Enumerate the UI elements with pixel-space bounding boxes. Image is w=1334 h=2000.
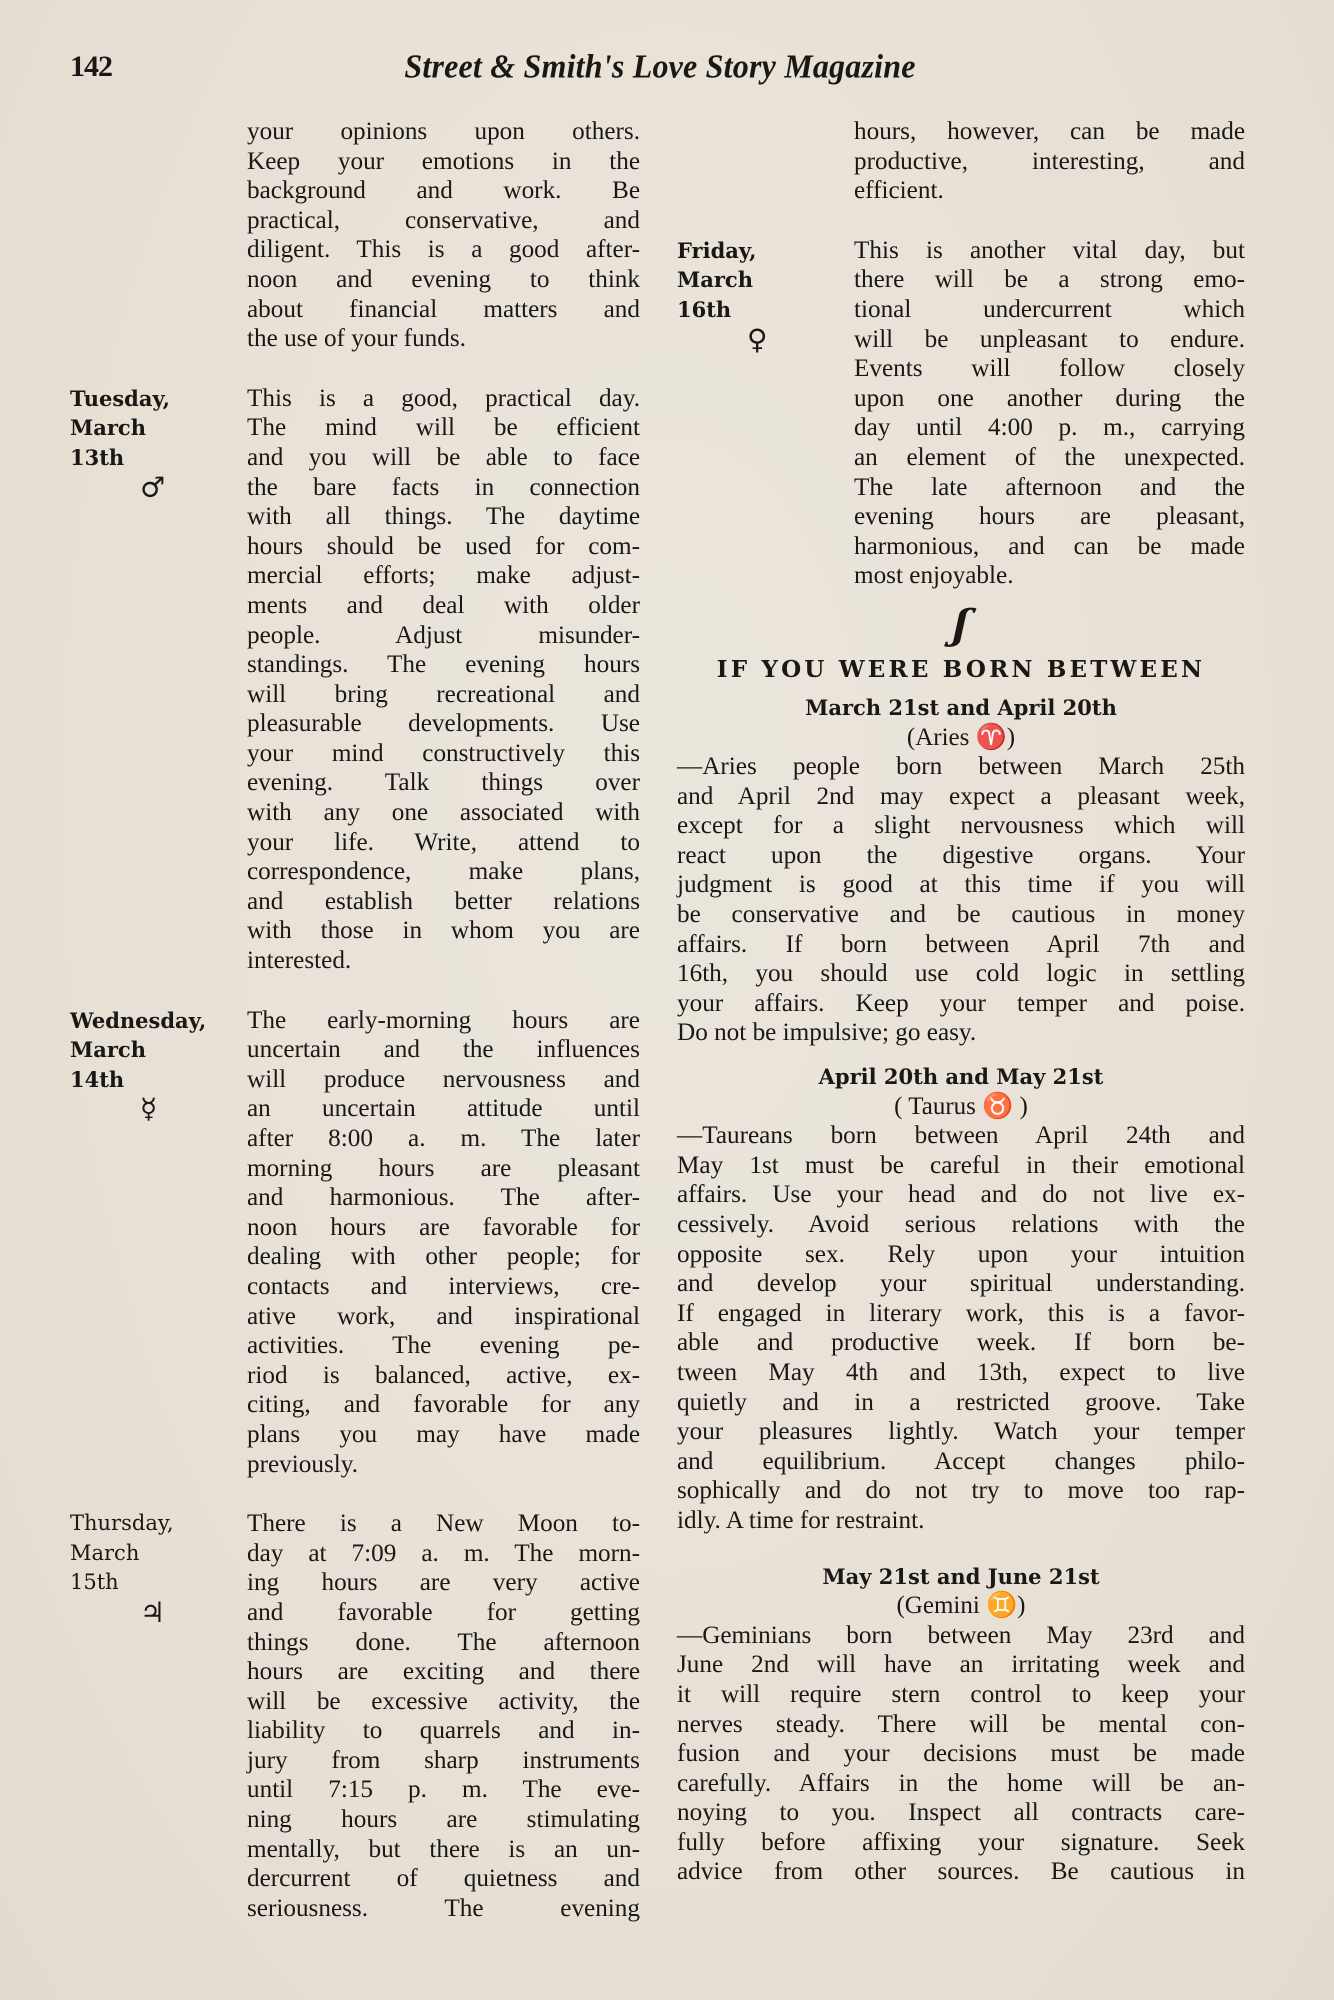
date-label: Friday, March 16th ♀ bbox=[677, 236, 854, 591]
sign-forecast-text: —Taureans born between April 24th and Ma… bbox=[677, 1121, 1245, 1535]
continuation-text: hours, however, can be made productive, … bbox=[854, 117, 1245, 206]
date-label: Thursday, March 15th ♃ bbox=[70, 1509, 247, 1923]
sign-block-gemini: May 21st and June 21st (Gemini ♊) —Gemin… bbox=[677, 1562, 1245, 1888]
left-column: your opinions upon others. Keep your emo… bbox=[70, 117, 640, 1923]
forecast-text: This is a good, practical day. The mind … bbox=[247, 384, 640, 976]
venus-icon: ♀ bbox=[677, 325, 854, 355]
date-label: Tuesday, March 13th ♂ bbox=[70, 384, 247, 976]
forecast-entry-wednesday: Wednesday, March 14th ☿ The early-mornin… bbox=[70, 1006, 640, 1480]
aries-icon: (Aries ♈) bbox=[677, 723, 1245, 753]
forecast-entry-tuesday: Tuesday, March 13th ♂ This is a good, pr… bbox=[70, 384, 640, 976]
right-column: hours, however, can be made productive, … bbox=[677, 117, 1245, 1887]
sign-date-range: April 20th and May 21st bbox=[677, 1062, 1245, 1092]
mars-icon: ♂ bbox=[70, 473, 247, 503]
sign-forecast-text: —Aries people born between March 25th an… bbox=[677, 752, 1245, 1048]
sign-date-range: March 21st and April 20th bbox=[677, 693, 1245, 723]
section-heading: IF YOU WERE BORN BETWEEN bbox=[677, 653, 1245, 687]
sign-block-taurus: April 20th and May 21st ( Taurus ♉ ) —Ta… bbox=[677, 1062, 1245, 1536]
forecast-text: This is another vital day, but there wil… bbox=[854, 236, 1245, 591]
running-title: Street & Smith's Love Story Magazine bbox=[70, 47, 1250, 86]
taurus-icon: ( Taurus ♉ ) bbox=[677, 1092, 1245, 1122]
jupiter-icon: ♃ bbox=[70, 1598, 247, 1628]
forecast-text: There is a New Moon to- day at 7:09 a. m… bbox=[247, 1509, 640, 1923]
sign-block-aries: March 21st and April 20th (Aries ♈) —Ari… bbox=[677, 693, 1245, 1048]
sign-forecast-text: —Geminians born between May 23rd and Jun… bbox=[677, 1621, 1245, 1887]
forecast-entry-thursday: Thursday, March 15th ♃ There is a New Mo… bbox=[70, 1509, 640, 1923]
ornament-divider-icon: ʃ bbox=[673, 605, 1248, 645]
page-header: 142 Street & Smith's Love Story Magazine bbox=[70, 48, 1250, 92]
mercury-icon: ☿ bbox=[70, 1094, 247, 1124]
continuation-text: your opinions upon others. Keep your emo… bbox=[247, 117, 640, 354]
magazine-page: 142 Street & Smith's Love Story Magazine… bbox=[0, 0, 1334, 2000]
gemini-icon: (Gemini ♊) bbox=[677, 1591, 1245, 1621]
date-label: Wednesday, March 14th ☿ bbox=[70, 1006, 247, 1480]
sign-date-range: May 21st and June 21st bbox=[677, 1562, 1245, 1592]
forecast-entry-friday: Friday, March 16th ♀ This is another vit… bbox=[677, 236, 1245, 591]
forecast-text: The early-morning hours are uncertain an… bbox=[247, 1006, 640, 1480]
